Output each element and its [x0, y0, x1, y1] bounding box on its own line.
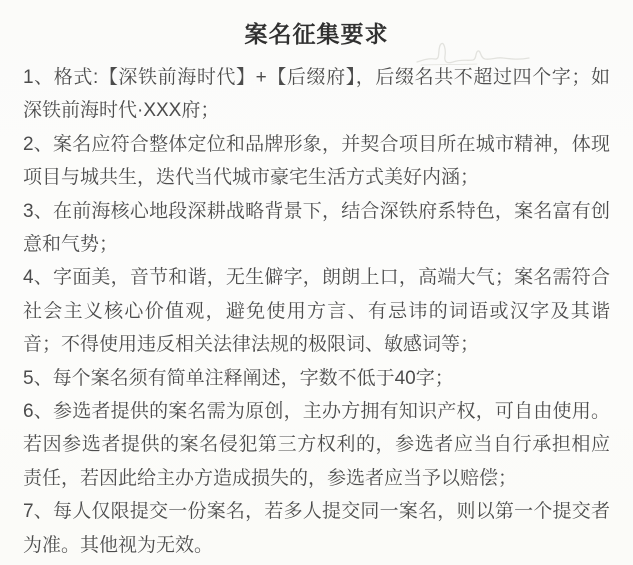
requirement-item-4: 4、字面美，音节和谐，无生僻字，朗朗上口，高端大气；案名需符合社会主义核心价值观…	[23, 261, 610, 361]
title-row: 案名征集要求	[23, 16, 610, 49]
requirement-item-3: 3、在前海核心地段深耕战略背景下，结合深铁府系特色，案名富有创意和气势；	[23, 195, 610, 262]
requirement-item-2: 2、案名应符合整体定位和品牌形象，并契合项目所在城市精神，体现项目与城共生，迭代…	[23, 128, 610, 195]
document-page: 案名征集要求 1、格式:【深铁前海时代】+【后缀府】，后缀名共不超过四个字；如深…	[0, 0, 633, 565]
requirement-item-6: 6、参选者提供的案名需为原创，主办方拥有知识产权，可自由使用。若因参选者提供的案…	[23, 395, 610, 495]
page-title: 案名征集要求	[245, 16, 389, 49]
requirement-item-7: 7、每人仅限提交一份案名，若多人提交同一案名，则以第一个提交者为准。其他视为无效…	[23, 495, 610, 562]
requirements-list: 1、格式:【深铁前海时代】+【后缀府】，后缀名共不超过四个字；如深铁前海时代·X…	[23, 61, 610, 562]
requirement-item-5: 5、每个案名须有简单注释阐述，字数不低于40字；	[23, 362, 610, 395]
requirement-item-1: 1、格式:【深铁前海时代】+【后缀府】，后缀名共不超过四个字；如深铁前海时代·X…	[23, 61, 610, 128]
